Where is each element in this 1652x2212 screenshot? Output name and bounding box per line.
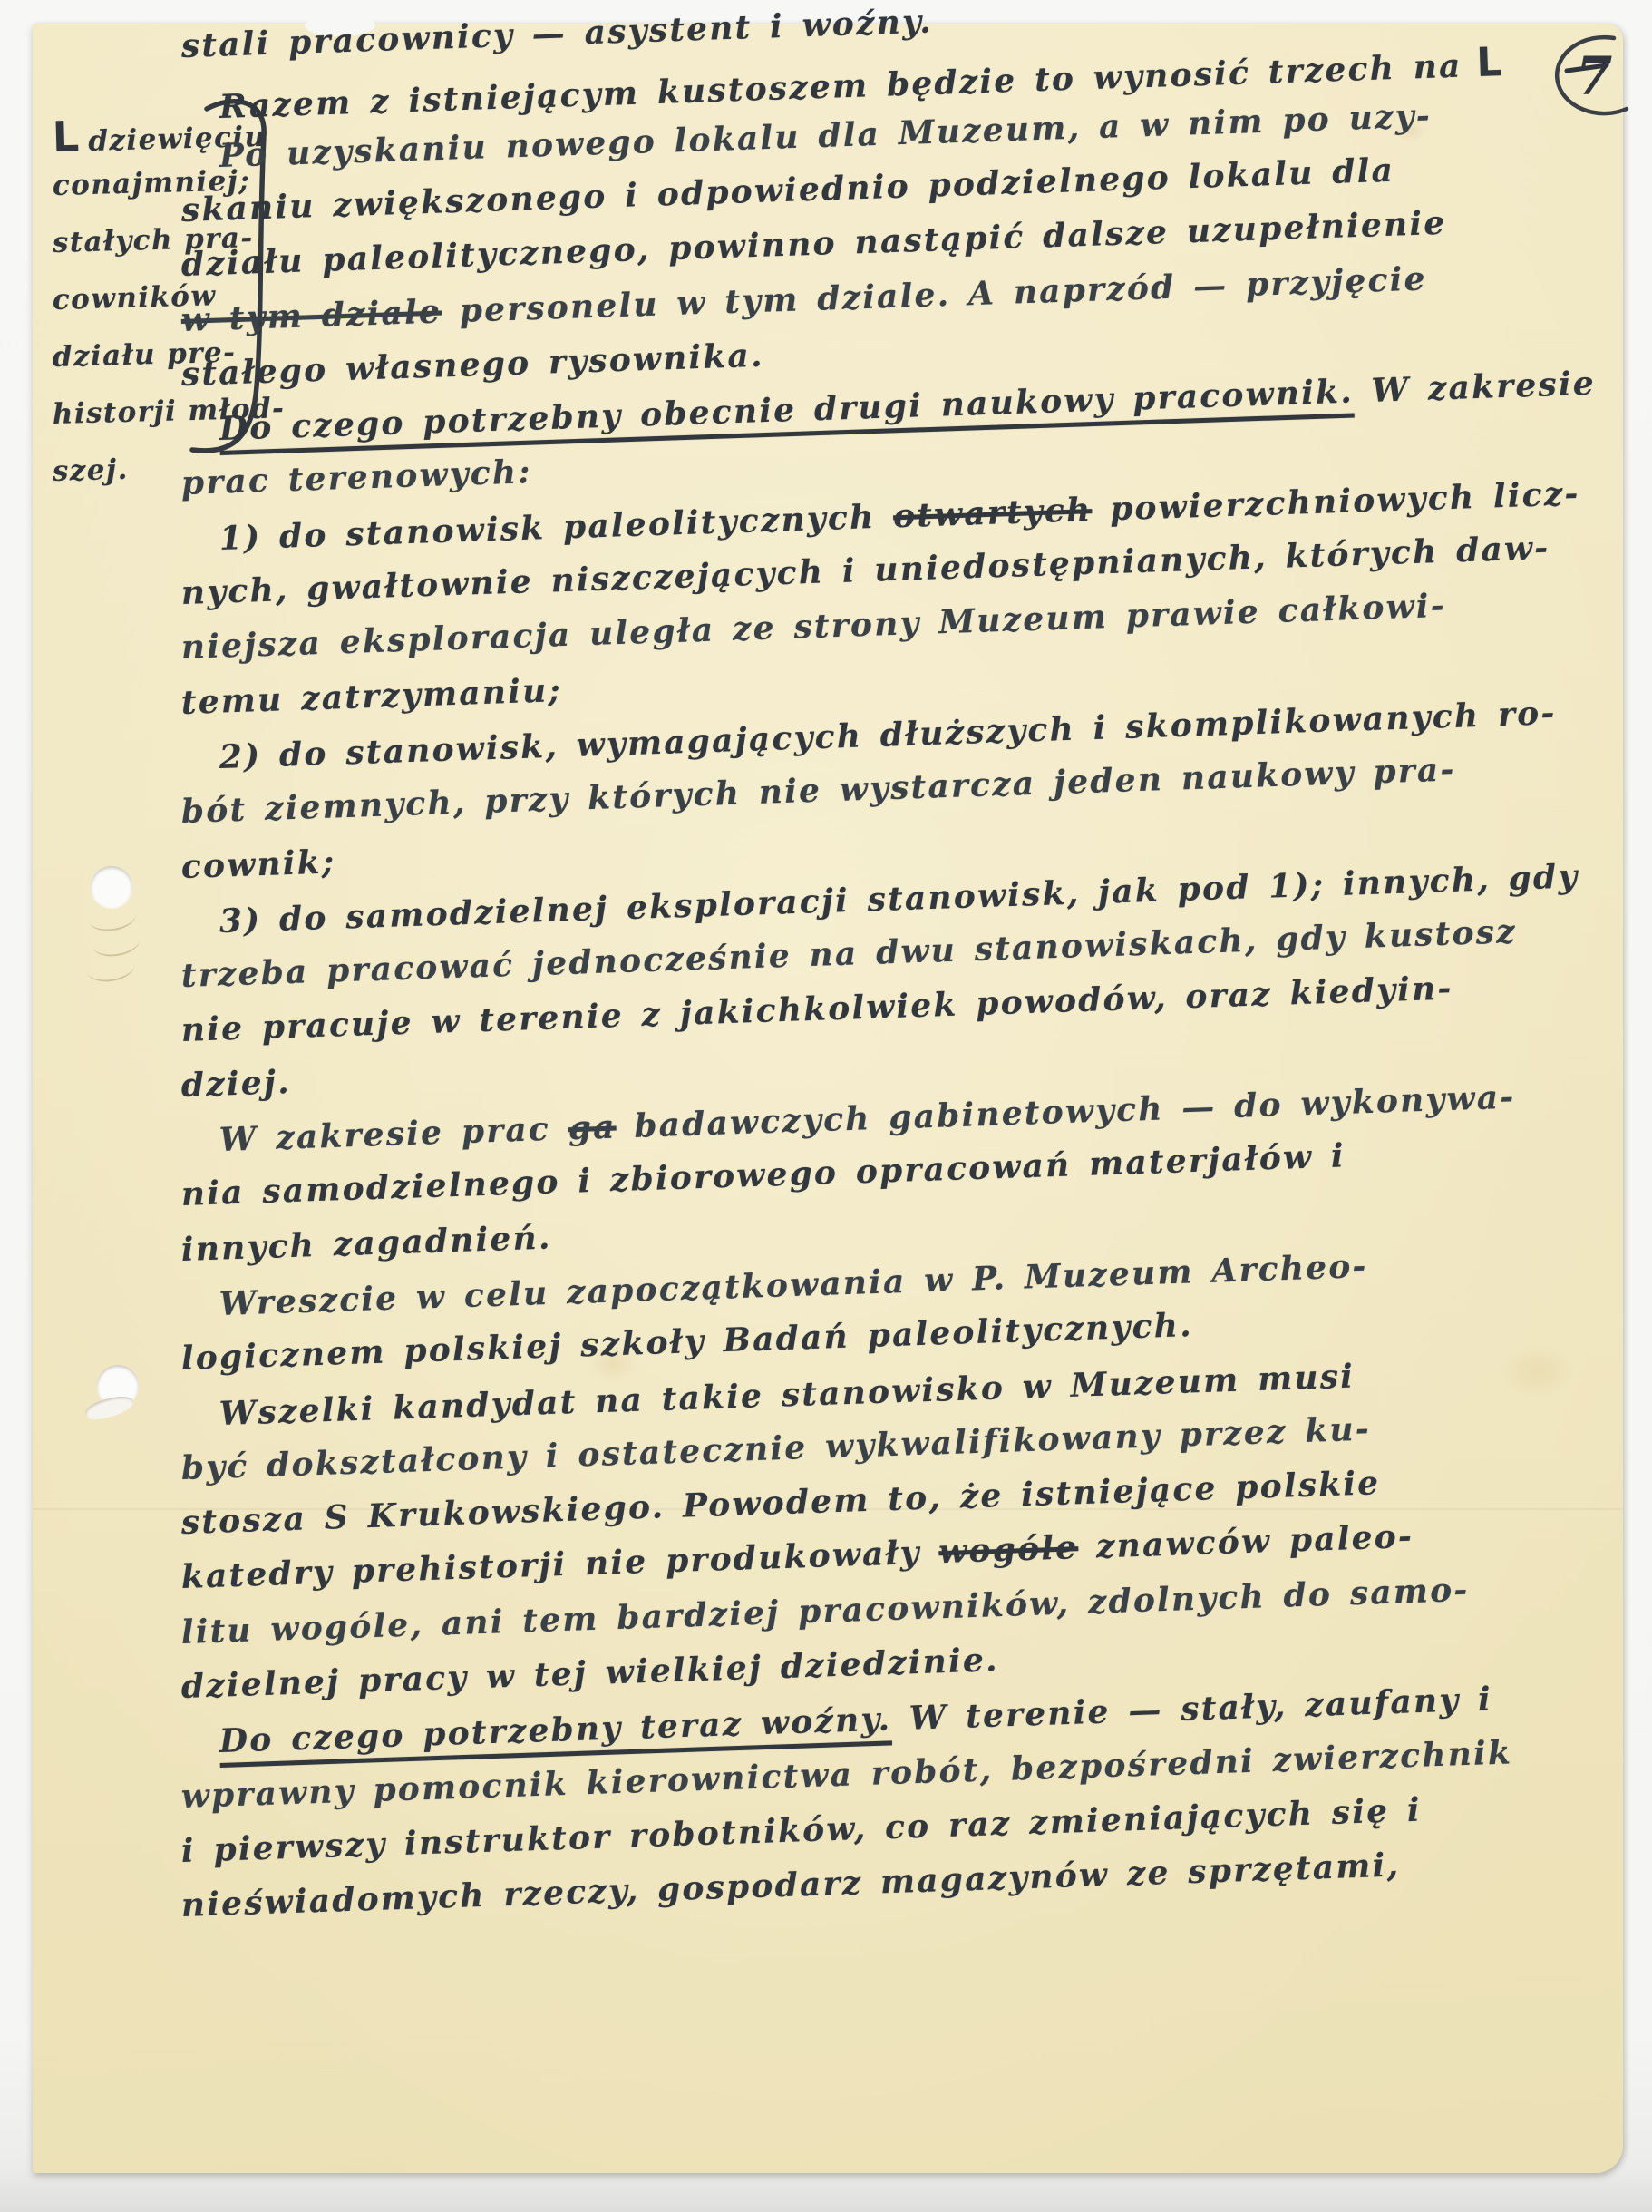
insertion-mark: L [52,112,80,161]
struck-text: w tym dziale [180,292,442,339]
line-text: badawczych gabinetowych — do wykonywa- [616,1078,1516,1146]
page-number: 7 [1523,24,1652,132]
page-number-digit: 7 [1576,45,1612,107]
line-text: stali pracownicy — asystent i woźny. [180,3,933,65]
paper-fold-mark [87,901,138,934]
line-text: W terenie — stały, zaufany i [890,1681,1492,1739]
line-text: cownik; [180,843,336,886]
handwritten-line: stali pracownicy — asystent i woźny. [180,3,933,65]
line-text: znawców paleo- [1078,1517,1414,1566]
line-text: temu zatrzymaniu; [180,671,562,722]
scanned-document: { "page": { "number": "7" }, "margin_not… [0,0,1652,2212]
margin-note-text: szej. [52,453,129,488]
line-text: 1) do stanowisk paleolitycznych [219,497,894,558]
paper-fold-mark [85,952,136,985]
line-text: W zakresie [1353,365,1596,411]
struck-text: ga [568,1107,617,1147]
line-text: dziej. [180,1063,291,1105]
handwritten-line: innych zagadnień. [180,1218,552,1269]
line-text: innych zagadnień. [180,1218,552,1269]
line-text: katedry prehistorji nie produkowały [180,1534,939,1597]
insertion-mark: L [1476,39,1503,86]
line-text: W zakresie prac [219,1109,568,1159]
handwritten-line: dzielnej pracy w tej wielkiej dziedzinie… [180,1641,999,1706]
punch-hole [91,866,132,908]
struck-text: wogóle [938,1529,1079,1572]
line-text: powierzchniowych licz- [1092,474,1581,529]
handwritten-line: temu zatrzymaniu; [180,671,562,722]
underlined-text: Do czego potrzebny teraz woźny. [219,1700,892,1761]
line-text: dzielnej pracy w tej wielkiej dziedzinie… [180,1641,999,1706]
handwritten-line: dziej. [180,1063,291,1105]
handwritten-line: cownik; [180,843,336,886]
struck-text: otwartych [892,491,1093,535]
margin-note-line: szej. [52,453,129,488]
manuscript-page: 7 Ldziewięciuconajmniej;stałych pra-cown… [33,24,1623,2173]
